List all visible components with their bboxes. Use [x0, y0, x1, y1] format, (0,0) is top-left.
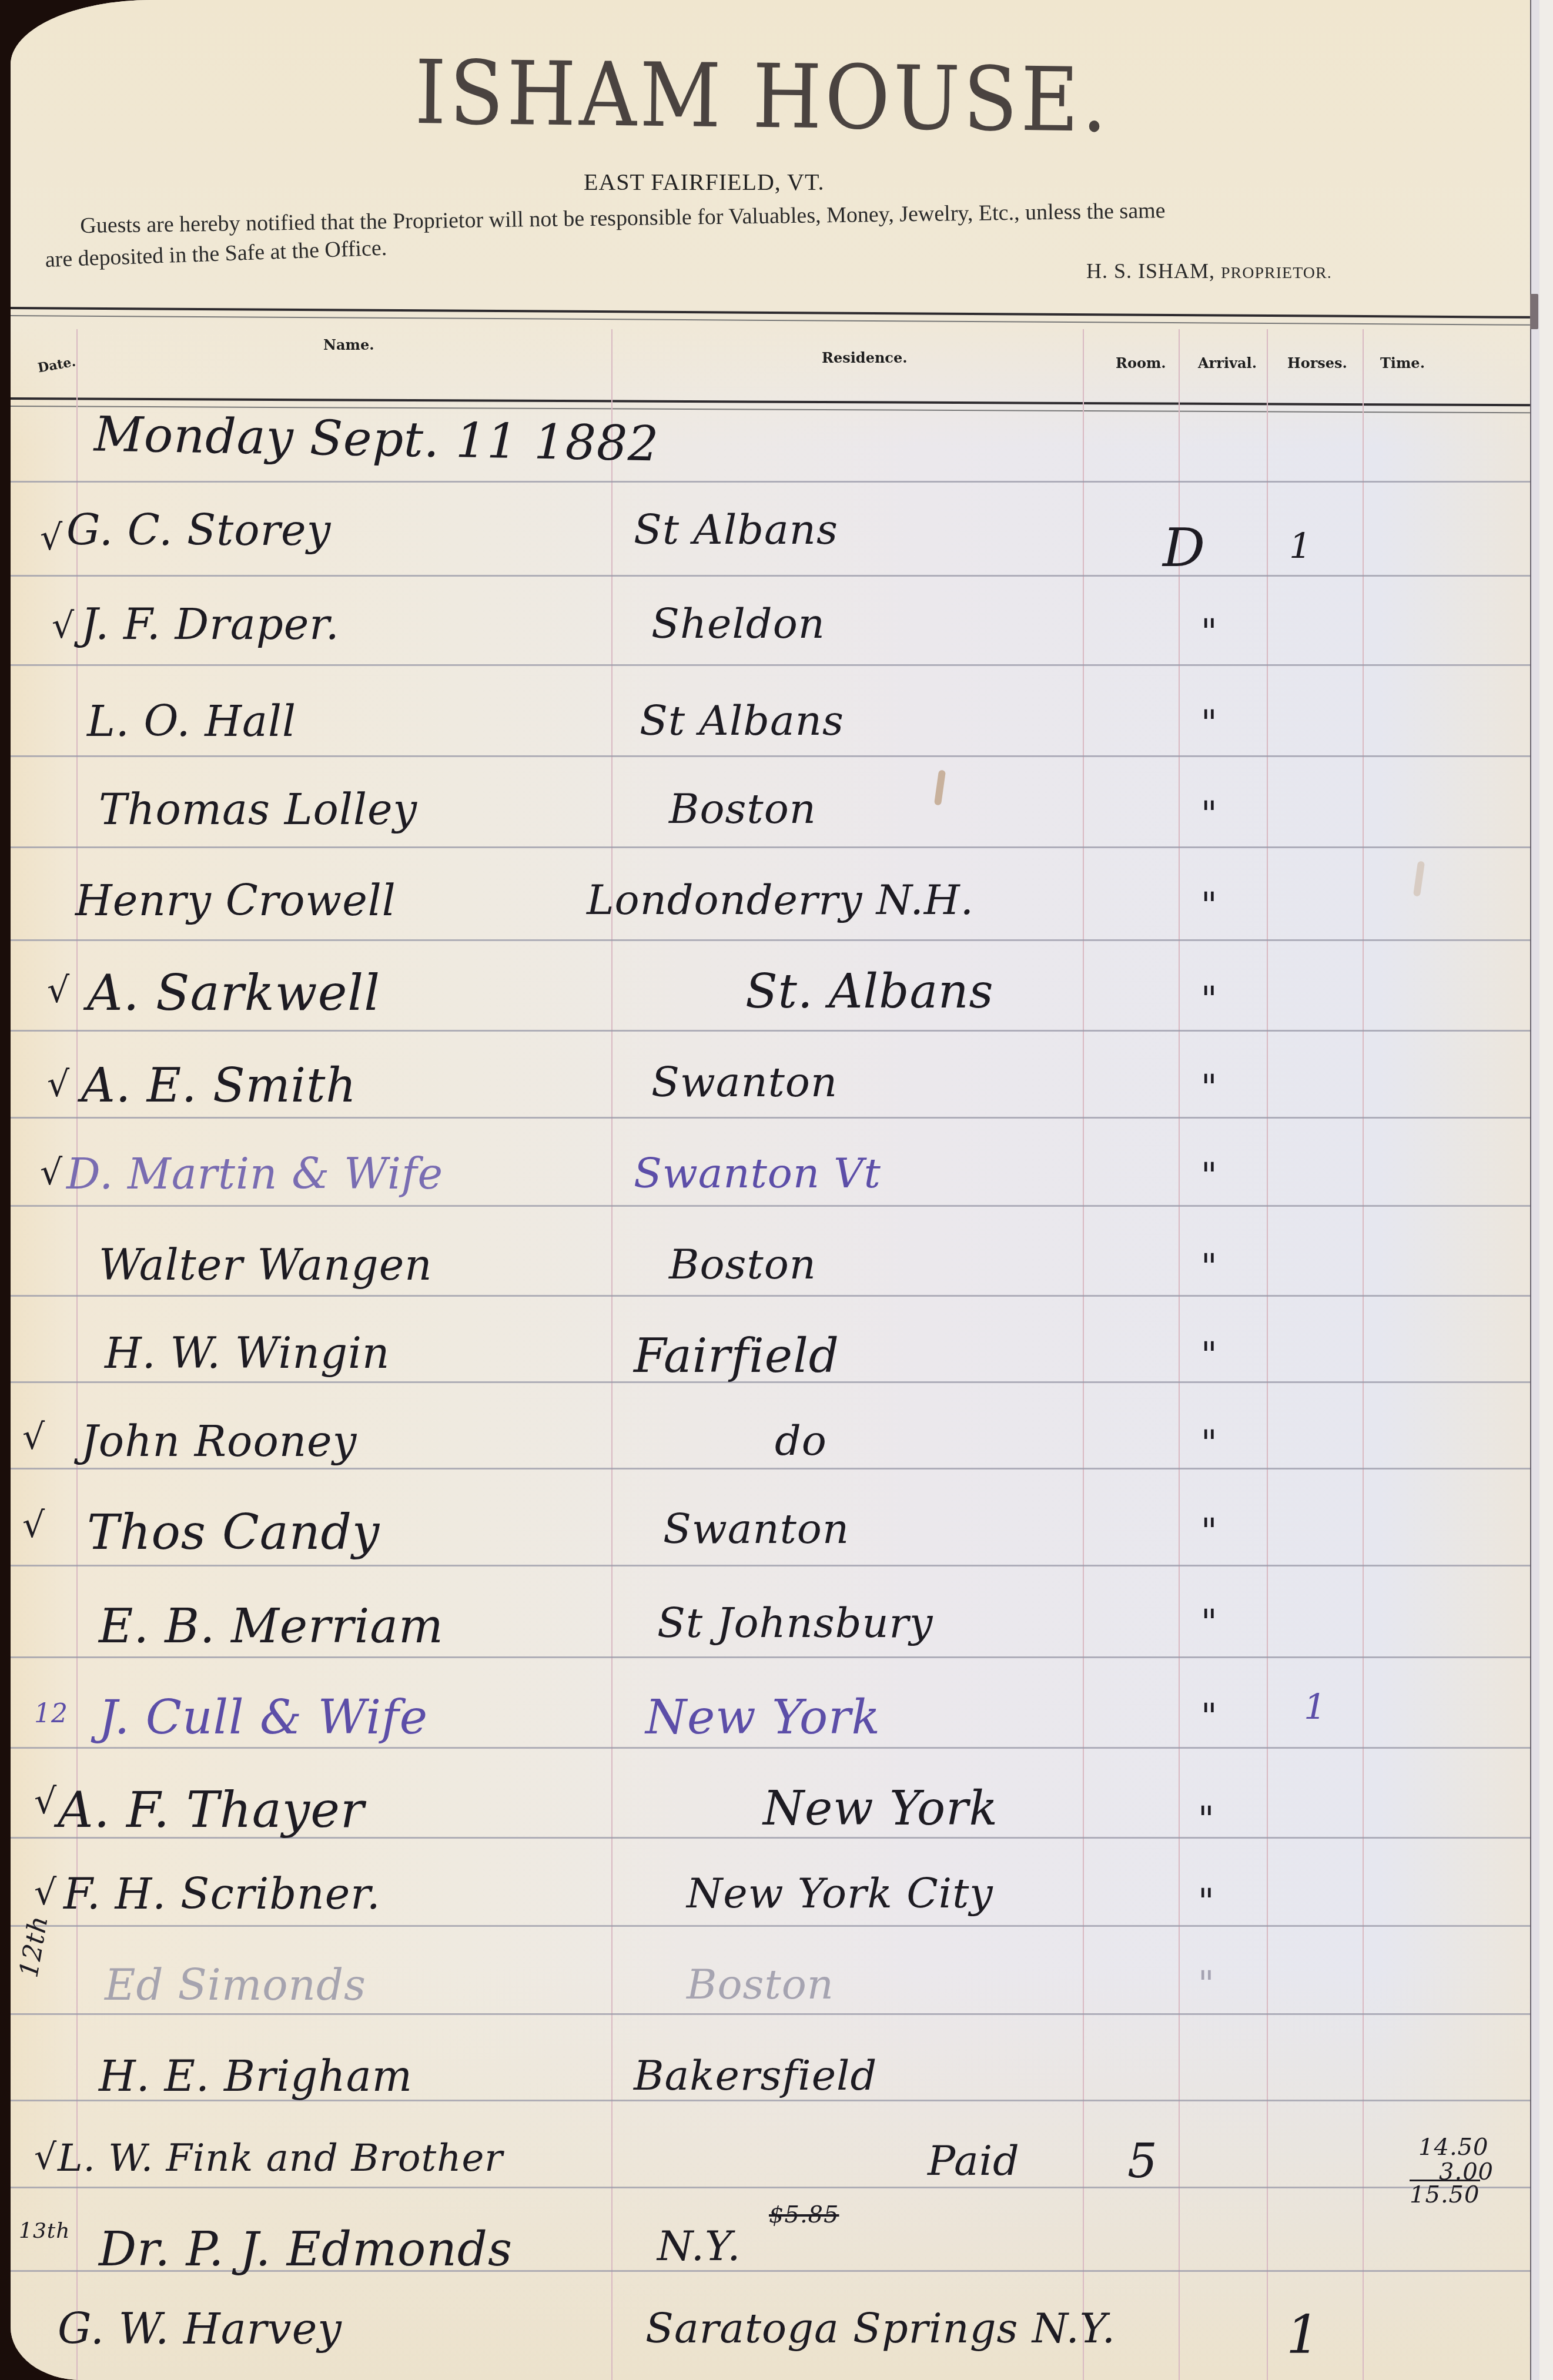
- check-mark: √: [52, 605, 75, 647]
- room-value: ": [1201, 979, 1218, 1020]
- guest-residence: Swanton: [651, 1058, 838, 1106]
- room-value: ": [1201, 1067, 1218, 1108]
- guest-name: Henry Crowell: [75, 876, 396, 925]
- ruled-line: [11, 1030, 1530, 1032]
- ruled-line: [11, 575, 1530, 577]
- ruled-line: [11, 846, 1530, 848]
- amount-figure: 14.50: [1418, 2134, 1489, 2161]
- check-mark: √: [22, 1417, 45, 1458]
- guest-name: Ed Simonds: [105, 1960, 366, 2010]
- check-mark: √: [47, 1064, 70, 1105]
- guest-name: H. E. Brigham: [99, 2051, 413, 2101]
- guest-name: Dr. P. J. Edmonds: [99, 2222, 513, 2277]
- guest-residence: Boston: [687, 1960, 834, 2009]
- guest-name: H. W. Wingin: [105, 1328, 390, 1378]
- guest-residence: New York: [763, 1781, 998, 1836]
- ruled-line: [11, 1205, 1530, 1207]
- ruled-line: [11, 1925, 1530, 1927]
- room-value: ": [1201, 1422, 1218, 1464]
- guest-name: Thos Candy: [87, 1505, 380, 1561]
- margin-date-note: 13th: [19, 2219, 70, 2243]
- margin-date-note: 12: [34, 1699, 68, 1729]
- guest-name: Thomas Lolley: [99, 785, 417, 834]
- guest-name: A. Sarkwell: [87, 964, 380, 1022]
- check-mark: √: [47, 970, 70, 1011]
- room-value: ": [1198, 1799, 1215, 1840]
- residence-column-divider: [611, 329, 613, 2380]
- guest-name: L. W. Fink and Brother: [58, 2137, 503, 2180]
- guest-name: A. F. Thayer: [58, 1781, 364, 1839]
- guest-residence: New York City: [687, 1869, 993, 1917]
- guest-name: L. O. Hall: [87, 697, 296, 746]
- ruled-line: [11, 1117, 1530, 1119]
- facing-page-edge: [1539, 0, 1553, 2380]
- amount-figure: 15.50: [1410, 2180, 1480, 2208]
- room-value: ": [1201, 702, 1218, 744]
- room-value: D: [1163, 517, 1206, 579]
- guest-name: D. Martin & Wife: [66, 1149, 443, 1199]
- date-column-divider: [76, 329, 78, 2380]
- ruled-line: [11, 1295, 1530, 1297]
- guest-name: Walter Wangen: [99, 1240, 433, 1290]
- guest-residence: Swanton: [663, 1505, 849, 1553]
- hotel-title: ISHAM HOUSE.: [233, 40, 1292, 155]
- ruled-line: [11, 939, 1530, 941]
- guest-residence: St Albans: [634, 506, 838, 554]
- guest-residence: St. Albans: [745, 964, 994, 1019]
- column-header-time: Time.: [1380, 354, 1425, 371]
- ruled-line: [11, 1656, 1530, 1658]
- binding-tab: [1530, 294, 1538, 329]
- room-value: ": [1198, 1881, 1215, 1922]
- guest-name: A. E. Smith: [81, 1058, 357, 1113]
- guest-name: G. W. Harvey: [58, 2304, 342, 2354]
- guest-residence: St Johnsbury: [657, 1599, 933, 1647]
- proprietor-title: PROPRIETOR.: [1221, 264, 1332, 282]
- proprietor-name: H. S. ISHAM,: [1086, 259, 1215, 283]
- guest-name: E. B. Merriam: [99, 1599, 444, 1653]
- room-value: ": [1201, 1696, 1218, 1737]
- guest-residence: St Albans: [640, 697, 844, 745]
- check-mark: √: [34, 1872, 57, 1913]
- ruled-line: [11, 2187, 1530, 2188]
- guest-residence: N.Y.: [657, 2222, 741, 2270]
- guest-residence: Bakersfield: [634, 2051, 877, 2100]
- room-value: ": [1201, 794, 1218, 835]
- ruled-line: [11, 755, 1530, 757]
- room-value: ": [1201, 1602, 1218, 1643]
- guest-residence: Boston: [669, 1240, 816, 1288]
- room-value: ": [1201, 611, 1218, 652]
- ruled-line: [11, 2013, 1530, 2015]
- column-header-residence: Residence.: [822, 349, 908, 366]
- scribbled-amount: $5.85: [769, 2201, 839, 2228]
- check-mark: √: [22, 1505, 45, 1546]
- room-value: ": [1198, 1963, 1215, 2004]
- check-mark: √: [40, 1152, 63, 1193]
- date-heading: Monday Sept. 11 1882: [93, 407, 660, 473]
- hotel-location: EAST FAIRFIELD, VT.: [584, 168, 824, 196]
- guest-name: John Rooney: [81, 1417, 357, 1466]
- guest-residence: Paid: [928, 2137, 1020, 2185]
- guest-name: F. H. Scribner.: [63, 1869, 381, 1919]
- room-value: 1: [1286, 2304, 1320, 2366]
- arrival-value: 1: [1289, 526, 1312, 567]
- ruled-line: [11, 664, 1530, 666]
- check-mark: √: [34, 1781, 57, 1822]
- arrival-column-divider: [1179, 329, 1180, 2380]
- guest-residence: New York: [645, 1690, 881, 1745]
- guest-residence: do: [775, 1417, 827, 1465]
- horses-column-divider: [1267, 329, 1268, 2380]
- time-column-divider: [1363, 329, 1364, 2380]
- guest-residence: Swanton Vt: [634, 1149, 881, 1197]
- ruled-line: [11, 1468, 1530, 1469]
- room-column-divider: [1083, 329, 1084, 2380]
- ruled-line: [11, 481, 1530, 483]
- guest-residence: Boston: [669, 785, 816, 833]
- register-page: ISHAM HOUSE. EAST FAIRFIELD, VT. Guests …: [11, 0, 1530, 2380]
- room-value: 5: [1127, 2134, 1158, 2188]
- check-mark: √: [34, 2137, 57, 2178]
- column-header-arrival: Arrival.: [1198, 354, 1257, 371]
- guest-residence: Sheldon: [651, 600, 825, 648]
- guest-residence: Fairfield: [634, 1328, 839, 1383]
- proprietor-signature: H. S. ISHAM, PROPRIETOR.: [1086, 259, 1332, 283]
- ruled-line: [11, 1747, 1530, 1749]
- guest-residence: Saratoga Springs N.Y.: [645, 2304, 1116, 2352]
- room-value: ": [1201, 1155, 1218, 1196]
- ruled-line: [11, 1565, 1530, 1566]
- guest-residence: Londonderry N.H.: [587, 876, 974, 924]
- guest-name: G. C. Storey: [66, 506, 331, 555]
- guest-name: J. Cull & Wife: [99, 1690, 428, 1745]
- room-value: ": [1201, 1246, 1218, 1287]
- check-mark: √: [40, 517, 63, 558]
- ink-stain: [1413, 861, 1425, 896]
- guest-name: J. F. Draper.: [81, 600, 340, 649]
- room-value: ": [1201, 885, 1218, 926]
- ink-stain: [934, 769, 946, 805]
- room-value: ": [1201, 1334, 1218, 1375]
- column-header-horses: Horses.: [1287, 354, 1347, 371]
- room-value: ": [1201, 1511, 1218, 1552]
- column-header-name: Name.: [323, 336, 374, 353]
- arrival-value: 1: [1304, 1687, 1327, 1728]
- column-header-room: Room.: [1116, 354, 1166, 371]
